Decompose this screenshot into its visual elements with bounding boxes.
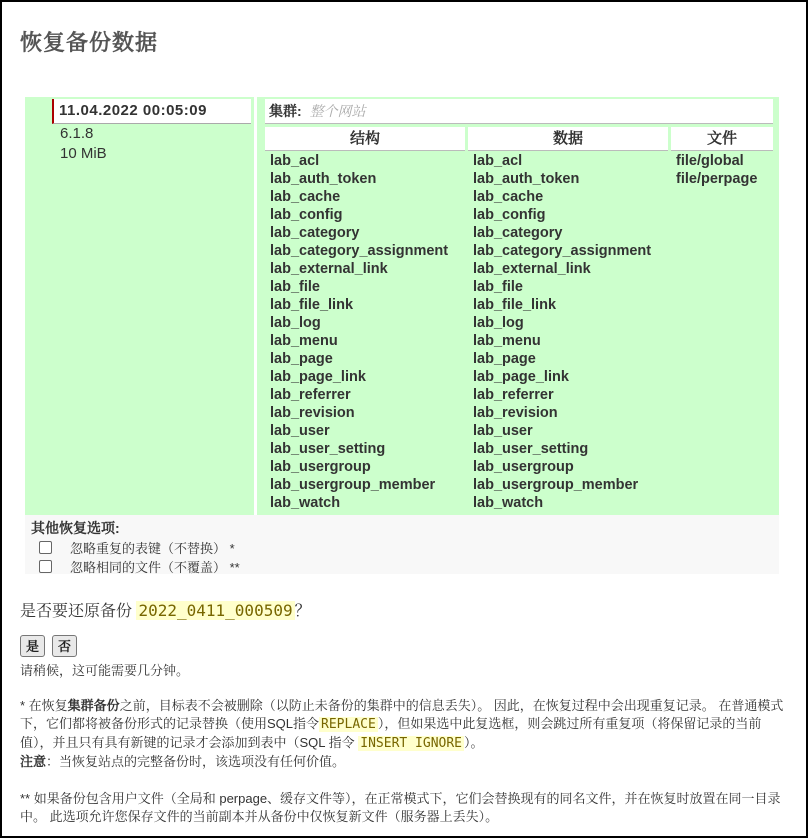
list-item: lab_watch bbox=[473, 494, 651, 512]
sql-replace-code: REPLACE bbox=[319, 717, 378, 732]
page-title: 恢复备份数据 bbox=[20, 26, 158, 57]
list-item: lab_page_link bbox=[473, 368, 651, 386]
list-item: lab_user_setting bbox=[270, 440, 448, 458]
backup-summary-cell: 11.04.2022 00:05:09 6.1.8 10 MiB bbox=[25, 97, 254, 515]
note-text: * 在恢复 bbox=[20, 698, 68, 713]
list-item: lab_cache bbox=[473, 188, 651, 206]
option-label: 忽略相同的文件（不覆盖） ** bbox=[70, 557, 240, 576]
restore-question: 是否要还原备份 2022_0411_000509？ bbox=[20, 598, 311, 621]
list-item: lab_menu bbox=[270, 332, 448, 350]
option-label: 忽略重复的表键（不替换） * bbox=[70, 538, 235, 557]
yes-button[interactable]: 是 bbox=[20, 635, 45, 657]
list-item: lab_log bbox=[270, 314, 448, 332]
list-item: lab_page_link bbox=[270, 368, 448, 386]
files-list: file/globalfile/perpage bbox=[676, 152, 757, 188]
list-item: lab_revision bbox=[473, 404, 651, 422]
note-text: ）。 bbox=[464, 735, 484, 750]
ignore-duplicate-keys-checkbox[interactable] bbox=[39, 541, 52, 554]
backup-name: 2022_0411_000509 bbox=[136, 601, 294, 620]
list-item: lab_usergroup bbox=[270, 458, 448, 476]
note-attention-label: 注意 bbox=[20, 754, 46, 769]
column-header-files: 文件 bbox=[671, 127, 773, 151]
option-ignore-duplicate-keys[interactable]: 忽略重复的表键（不替换） * bbox=[39, 538, 235, 557]
cluster-label: 集群: bbox=[269, 103, 302, 119]
options-title: 其他恢复选项: bbox=[31, 518, 120, 538]
list-item: file/perpage bbox=[676, 170, 757, 188]
list-item: lab_referrer bbox=[473, 386, 651, 404]
backup-info-table: 11.04.2022 00:05:09 6.1.8 10 MiB 集群: 整个网… bbox=[25, 97, 779, 515]
backup-version: 6.1.8 bbox=[60, 125, 93, 142]
list-item: lab_revision bbox=[270, 404, 448, 422]
ignore-same-files-checkbox[interactable] bbox=[39, 560, 52, 573]
backup-size: 10 MiB bbox=[60, 145, 107, 162]
list-item: lab_config bbox=[473, 206, 651, 224]
structure-table-list: lab_acllab_auth_tokenlab_cachelab_config… bbox=[270, 152, 448, 512]
list-item: lab_file bbox=[473, 278, 651, 296]
list-item: lab_user_setting bbox=[473, 440, 651, 458]
list-item: lab_watch bbox=[270, 494, 448, 512]
question-suffix: ？ bbox=[295, 603, 311, 620]
cluster-bar: 集群: 整个网站 bbox=[265, 99, 773, 124]
column-header-structure: 结构 bbox=[265, 127, 465, 151]
list-item: lab_usergroup bbox=[473, 458, 651, 476]
backup-contents-cell: 集群: 整个网站 结构 数据 文件 lab_acllab_auth_tokenl… bbox=[257, 97, 779, 515]
column-header-data: 数据 bbox=[468, 127, 668, 151]
list-item: lab_category bbox=[270, 224, 448, 242]
wait-message: 请稍候，这可能需要几分钟。 bbox=[20, 660, 189, 679]
list-item: lab_category_assignment bbox=[270, 242, 448, 260]
list-item: lab_acl bbox=[473, 152, 651, 170]
no-button[interactable]: 否 bbox=[52, 635, 77, 657]
note-duplicate-keys: * 在恢复集群备份之前，目标表不会被删除（以防止未备份的集群中的信息丢失）。 因… bbox=[20, 697, 785, 771]
list-item: lab_user bbox=[270, 422, 448, 440]
note-attention-text: ：当恢复站点的完整备份时，该选项没有任何价值。 bbox=[46, 754, 345, 769]
backup-date: 11.04.2022 00:05:09 bbox=[52, 99, 251, 124]
list-item: lab_category_assignment bbox=[473, 242, 651, 260]
sql-insert-ignore-code: INSERT IGNORE bbox=[358, 736, 464, 751]
list-item: lab_file_link bbox=[270, 296, 448, 314]
list-item: lab_usergroup_member bbox=[473, 476, 651, 494]
list-item: file/global bbox=[676, 152, 757, 170]
list-item: lab_user bbox=[473, 422, 651, 440]
list-item: lab_external_link bbox=[270, 260, 448, 278]
data-table-list: lab_acllab_auth_tokenlab_cachelab_config… bbox=[473, 152, 651, 512]
list-item: lab_file bbox=[270, 278, 448, 296]
cluster-value: 整个网站 bbox=[310, 103, 366, 119]
note-bold: 集群备份 bbox=[68, 698, 120, 713]
list-item: lab_category bbox=[473, 224, 651, 242]
list-item: lab_page bbox=[270, 350, 448, 368]
list-item: lab_menu bbox=[473, 332, 651, 350]
list-item: lab_file_link bbox=[473, 296, 651, 314]
list-item: lab_acl bbox=[270, 152, 448, 170]
option-ignore-same-files[interactable]: 忽略相同的文件（不覆盖） ** bbox=[39, 557, 240, 576]
list-item: lab_external_link bbox=[473, 260, 651, 278]
question-prefix: 是否要还原备份 bbox=[20, 603, 132, 620]
restore-options-panel: 其他恢复选项: 忽略重复的表键（不替换） * 忽略相同的文件（不覆盖） ** bbox=[25, 515, 779, 574]
list-item: lab_auth_token bbox=[270, 170, 448, 188]
list-item: lab_log bbox=[473, 314, 651, 332]
list-item: lab_auth_token bbox=[473, 170, 651, 188]
list-item: lab_config bbox=[270, 206, 448, 224]
list-item: lab_referrer bbox=[270, 386, 448, 404]
list-item: lab_page bbox=[473, 350, 651, 368]
list-item: lab_cache bbox=[270, 188, 448, 206]
note-same-files: ** 如果备份包含用户文件（全局和 perpage、缓存文件等），在正常模式下，… bbox=[20, 790, 785, 826]
list-item: lab_usergroup_member bbox=[270, 476, 448, 494]
